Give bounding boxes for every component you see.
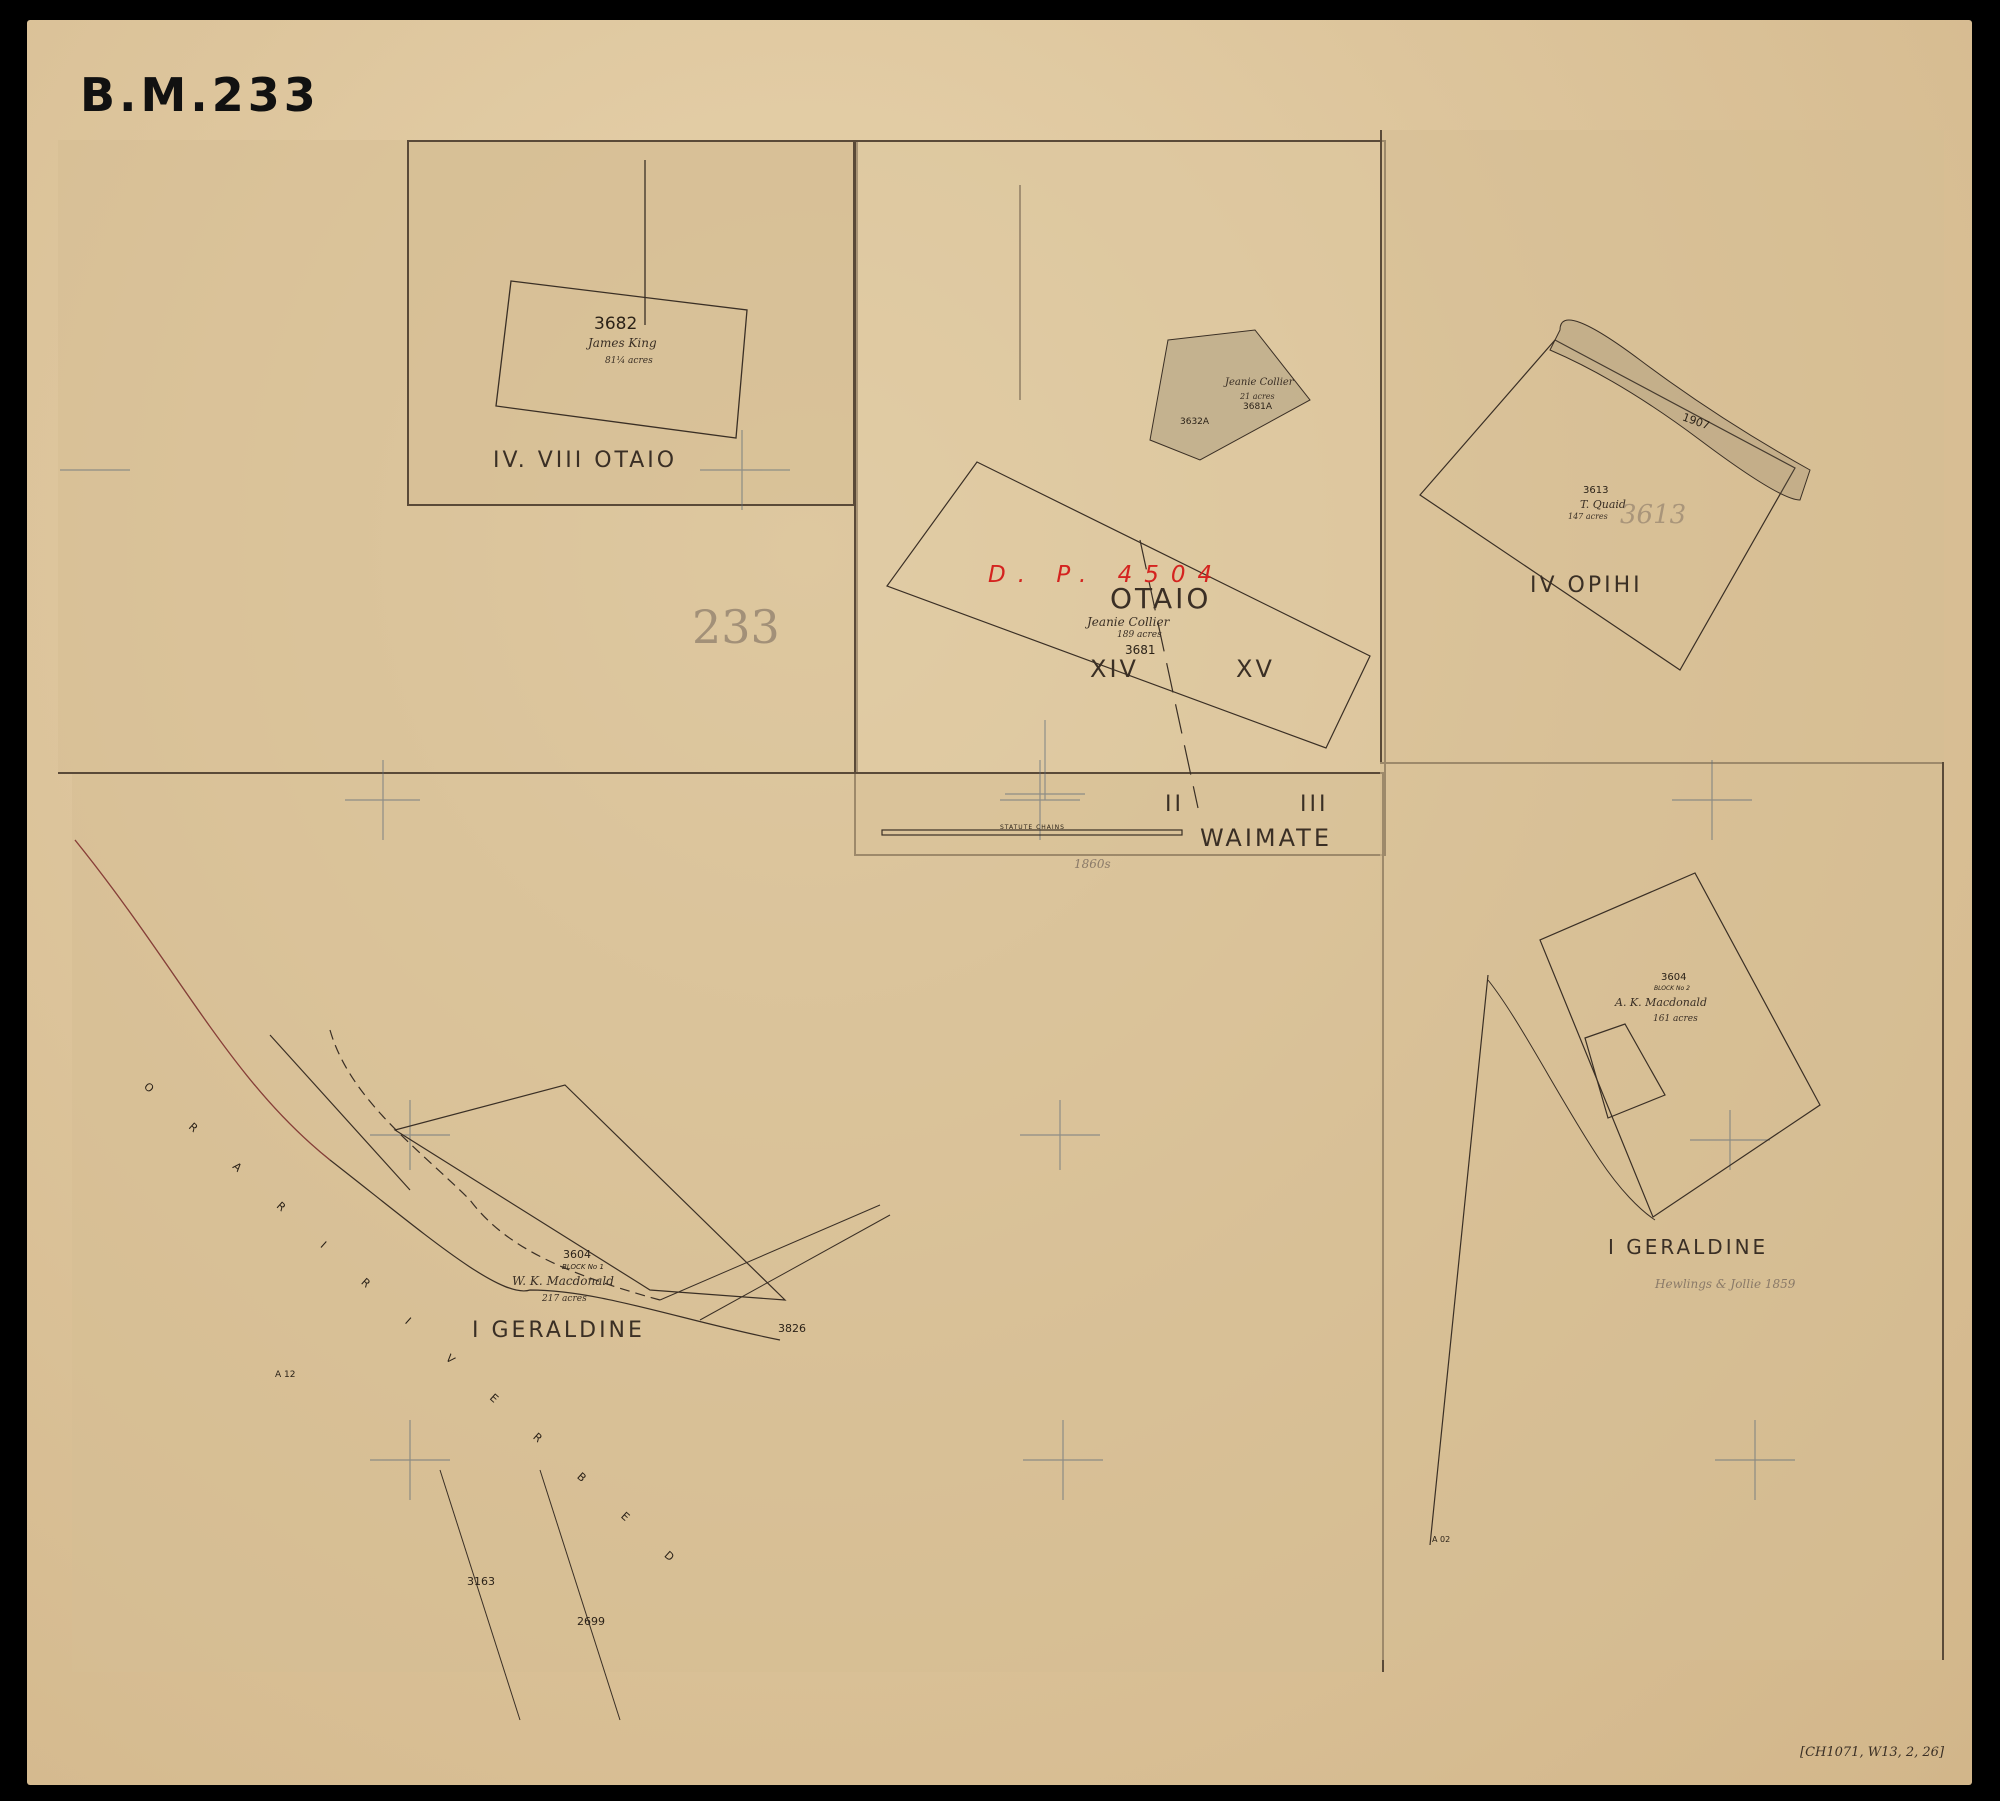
block-label: BLOCK No 2	[1654, 985, 1690, 992]
trig-station-label: A 12	[275, 1370, 295, 1380]
orari-river-line	[75, 840, 780, 1340]
road-dashed	[330, 1030, 660, 1300]
district-label: OTAIO	[1110, 582, 1211, 615]
block-label-xv: XV	[1236, 655, 1275, 683]
owner-name: A. K. Macdonald	[1615, 996, 1707, 1009]
adjacent-section-number: 3826	[778, 1322, 806, 1335]
section-3604-block2-boundary	[1430, 873, 1820, 1545]
opihi-river-bed	[1550, 320, 1810, 500]
section-number: 3682	[594, 314, 637, 334]
inset-owner-name: Jeanie Collier	[1225, 377, 1294, 388]
date-note: 1860s	[1074, 857, 1111, 871]
block-label: BLOCK No 1	[562, 1263, 604, 1271]
trig-station-label: A 02	[1432, 1535, 1450, 1544]
inset-section-number-2: 3632A	[1180, 417, 1209, 427]
archive-reference: [CH1071, W13, 2, 26]	[1800, 1745, 1944, 1760]
surveyors-note: Hewlings & Jollie 1859	[1655, 1277, 1795, 1291]
survey-linework	[0, 0, 2000, 1801]
block-label-xiv: XIV	[1090, 655, 1139, 683]
district-label: I GERALDINE	[1608, 1235, 1768, 1259]
block-label-ii: II	[1165, 792, 1184, 817]
area-label: 189 acres	[1117, 630, 1162, 640]
district-label-waimate: WAIMATE	[1200, 824, 1332, 852]
section-3681-boundary	[887, 185, 1370, 808]
inset-shaded-parcel	[1150, 330, 1310, 460]
district-label: IV. VIII OTAIO	[493, 448, 677, 473]
inset-area-label: 21 acres	[1240, 392, 1275, 401]
owner-name: W. K. Macdonald	[512, 1274, 614, 1288]
area-label: 147 acres	[1568, 512, 1608, 521]
district-label: I GERALDINE	[472, 1318, 645, 1343]
area-label: 81¼ acres	[605, 356, 653, 366]
section-number-2699: 2699	[577, 1615, 605, 1628]
section-number-3163: 3163	[467, 1575, 495, 1588]
river-traverse-red	[75, 840, 330, 1160]
section-3682-boundary	[496, 160, 747, 438]
owner-name: James King	[588, 336, 657, 350]
section-number: 3604	[563, 1248, 591, 1261]
section-number: 3604	[1661, 972, 1686, 983]
scale-label: STATUTE CHAINS	[1000, 824, 1065, 831]
pencil-number-233: 233	[692, 600, 780, 654]
section-number: 3613	[1583, 485, 1608, 496]
inset-section-number: 3681A	[1243, 402, 1272, 412]
area-label: 217 acres	[542, 1294, 587, 1304]
owner-name: Jeanie Collier	[1087, 615, 1169, 629]
area-label: 161 acres	[1653, 1014, 1698, 1024]
pencil-section-note: 3613	[1620, 500, 1686, 530]
road-reserve-lines	[440, 1205, 890, 1720]
district-label: IV OPIHI	[1530, 573, 1643, 598]
block-label-iii: III	[1300, 792, 1328, 817]
